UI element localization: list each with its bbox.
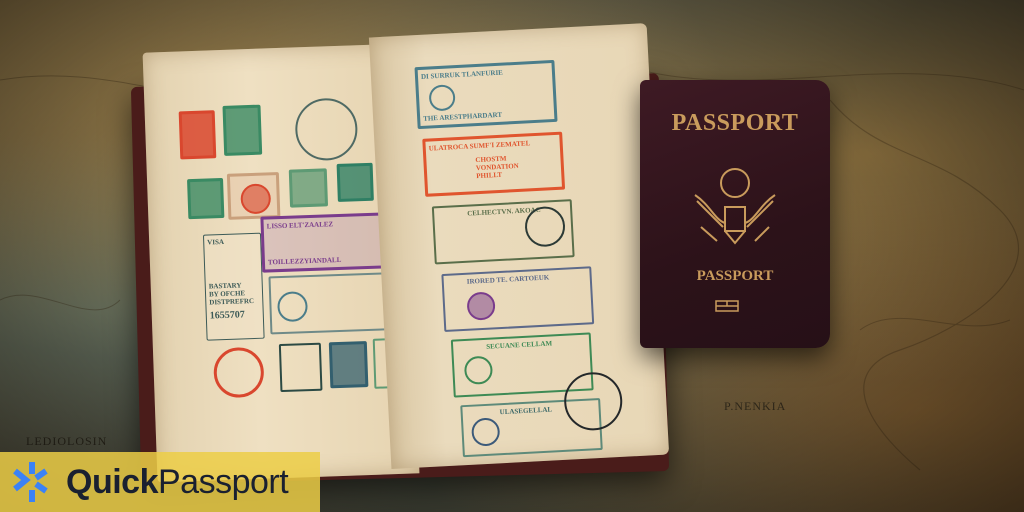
right-page: DI SURRUK TLANFURIE THE ARESTPHARDART UL… (369, 23, 669, 469)
olive-entry-stamp: CELHECTVN. AKOAC (432, 199, 575, 264)
green-postage-stamp (187, 178, 224, 219)
passport-subtitle: PASSPORT (640, 268, 830, 285)
biometric-chip-icon (715, 300, 739, 312)
passport-title: PASSPORT (640, 110, 830, 137)
teal-entry-stamp (268, 272, 392, 334)
red-round-stamp (213, 347, 265, 399)
red-seal-stamp (227, 172, 281, 220)
green-postage-stamp (337, 163, 374, 202)
purple-entry-stamp: LISSO ELT'ZAALEZ TOILLEZZYIANDALL (260, 212, 388, 272)
round-globe-stamp (294, 97, 358, 161)
dark-stamp (279, 343, 323, 392)
green-postage-stamp (222, 105, 262, 156)
brand-name: QuickPassport (66, 463, 288, 502)
blue-entry-stamp: DI SURRUK TLANFURIE THE ARESTPHARDART (415, 60, 558, 129)
navy-entry-stamp: IRORED TE. CARTOEUK (441, 266, 594, 332)
red-entry-stamp: ULATROCA SUMF'I ZEMATEL CHOSTM VONDATION… (422, 132, 565, 197)
visa-stamp: VISA BASTARY BY OFCHE DISTPREFRC 1655707 (203, 233, 265, 341)
red-postage-stamp (179, 110, 217, 159)
eagle-emblem-icon (685, 165, 785, 255)
quickpassport-logo-icon (10, 460, 54, 504)
open-passport-book: VISA BASTARY BY OFCHE DISTPREFRC 1655707… (136, 30, 664, 478)
green-postage-stamp (289, 168, 328, 207)
closed-passport: PASSPORT PASSPORT (640, 80, 830, 348)
brand-logo-bar: QuickPassport (0, 452, 320, 512)
blue-postage-stamp (329, 341, 369, 388)
